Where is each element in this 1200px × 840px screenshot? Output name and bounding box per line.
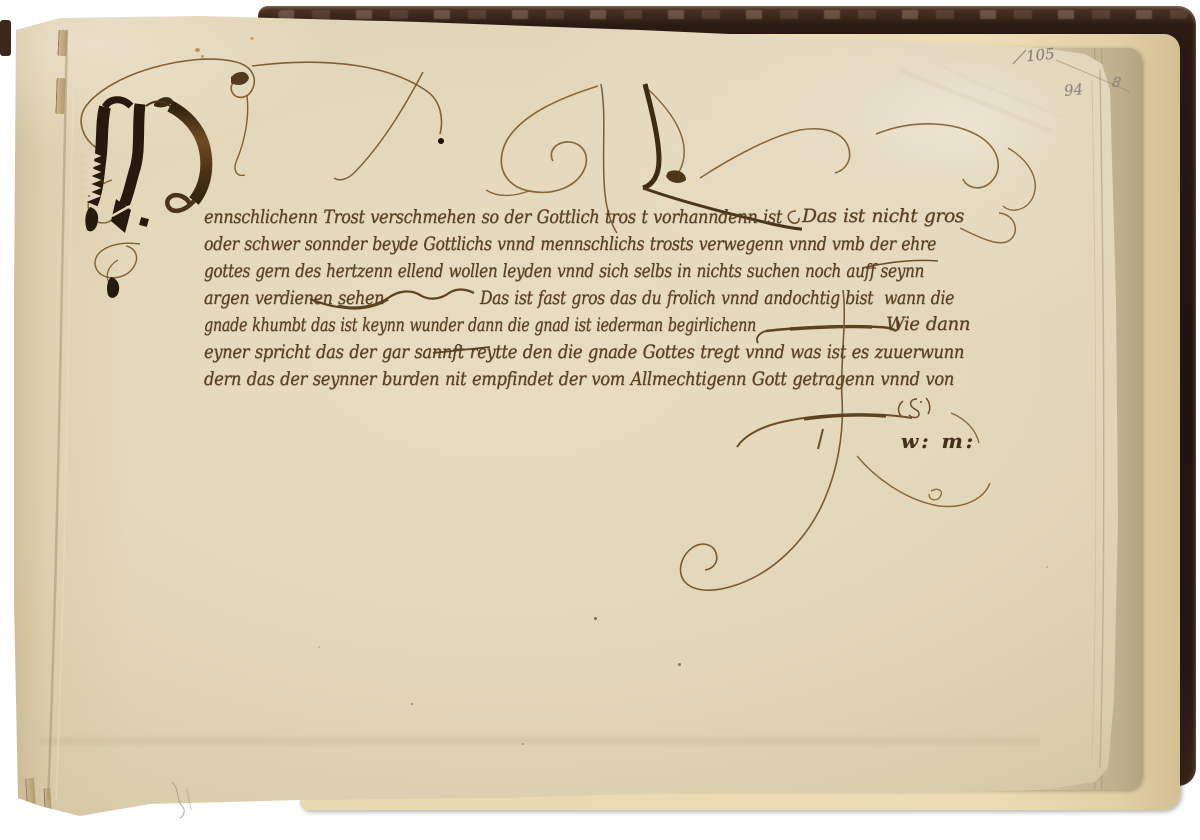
dust-speck (318, 646, 320, 648)
dust-speck (1046, 566, 1048, 568)
dust-speck (678, 663, 681, 666)
binding-stitch (43, 788, 51, 810)
foxing-speck (201, 55, 204, 58)
book-cover-edge (0, 20, 11, 56)
foxing-speck (195, 48, 200, 52)
manuscript-page (0, 10, 1122, 820)
page-scuff-mark (848, 58, 1078, 188)
binding-stitch (57, 30, 67, 56)
dust-speck (522, 743, 524, 745)
binding-stitch (55, 78, 65, 114)
foxing-speck (250, 37, 254, 40)
page-crease (40, 734, 1040, 748)
dust-speck (594, 617, 597, 620)
dust-speck (411, 703, 413, 705)
photograph-background: ennschlichenn Trost verschmehen so der G… (0, 0, 1200, 840)
binding-stitch (25, 778, 36, 807)
